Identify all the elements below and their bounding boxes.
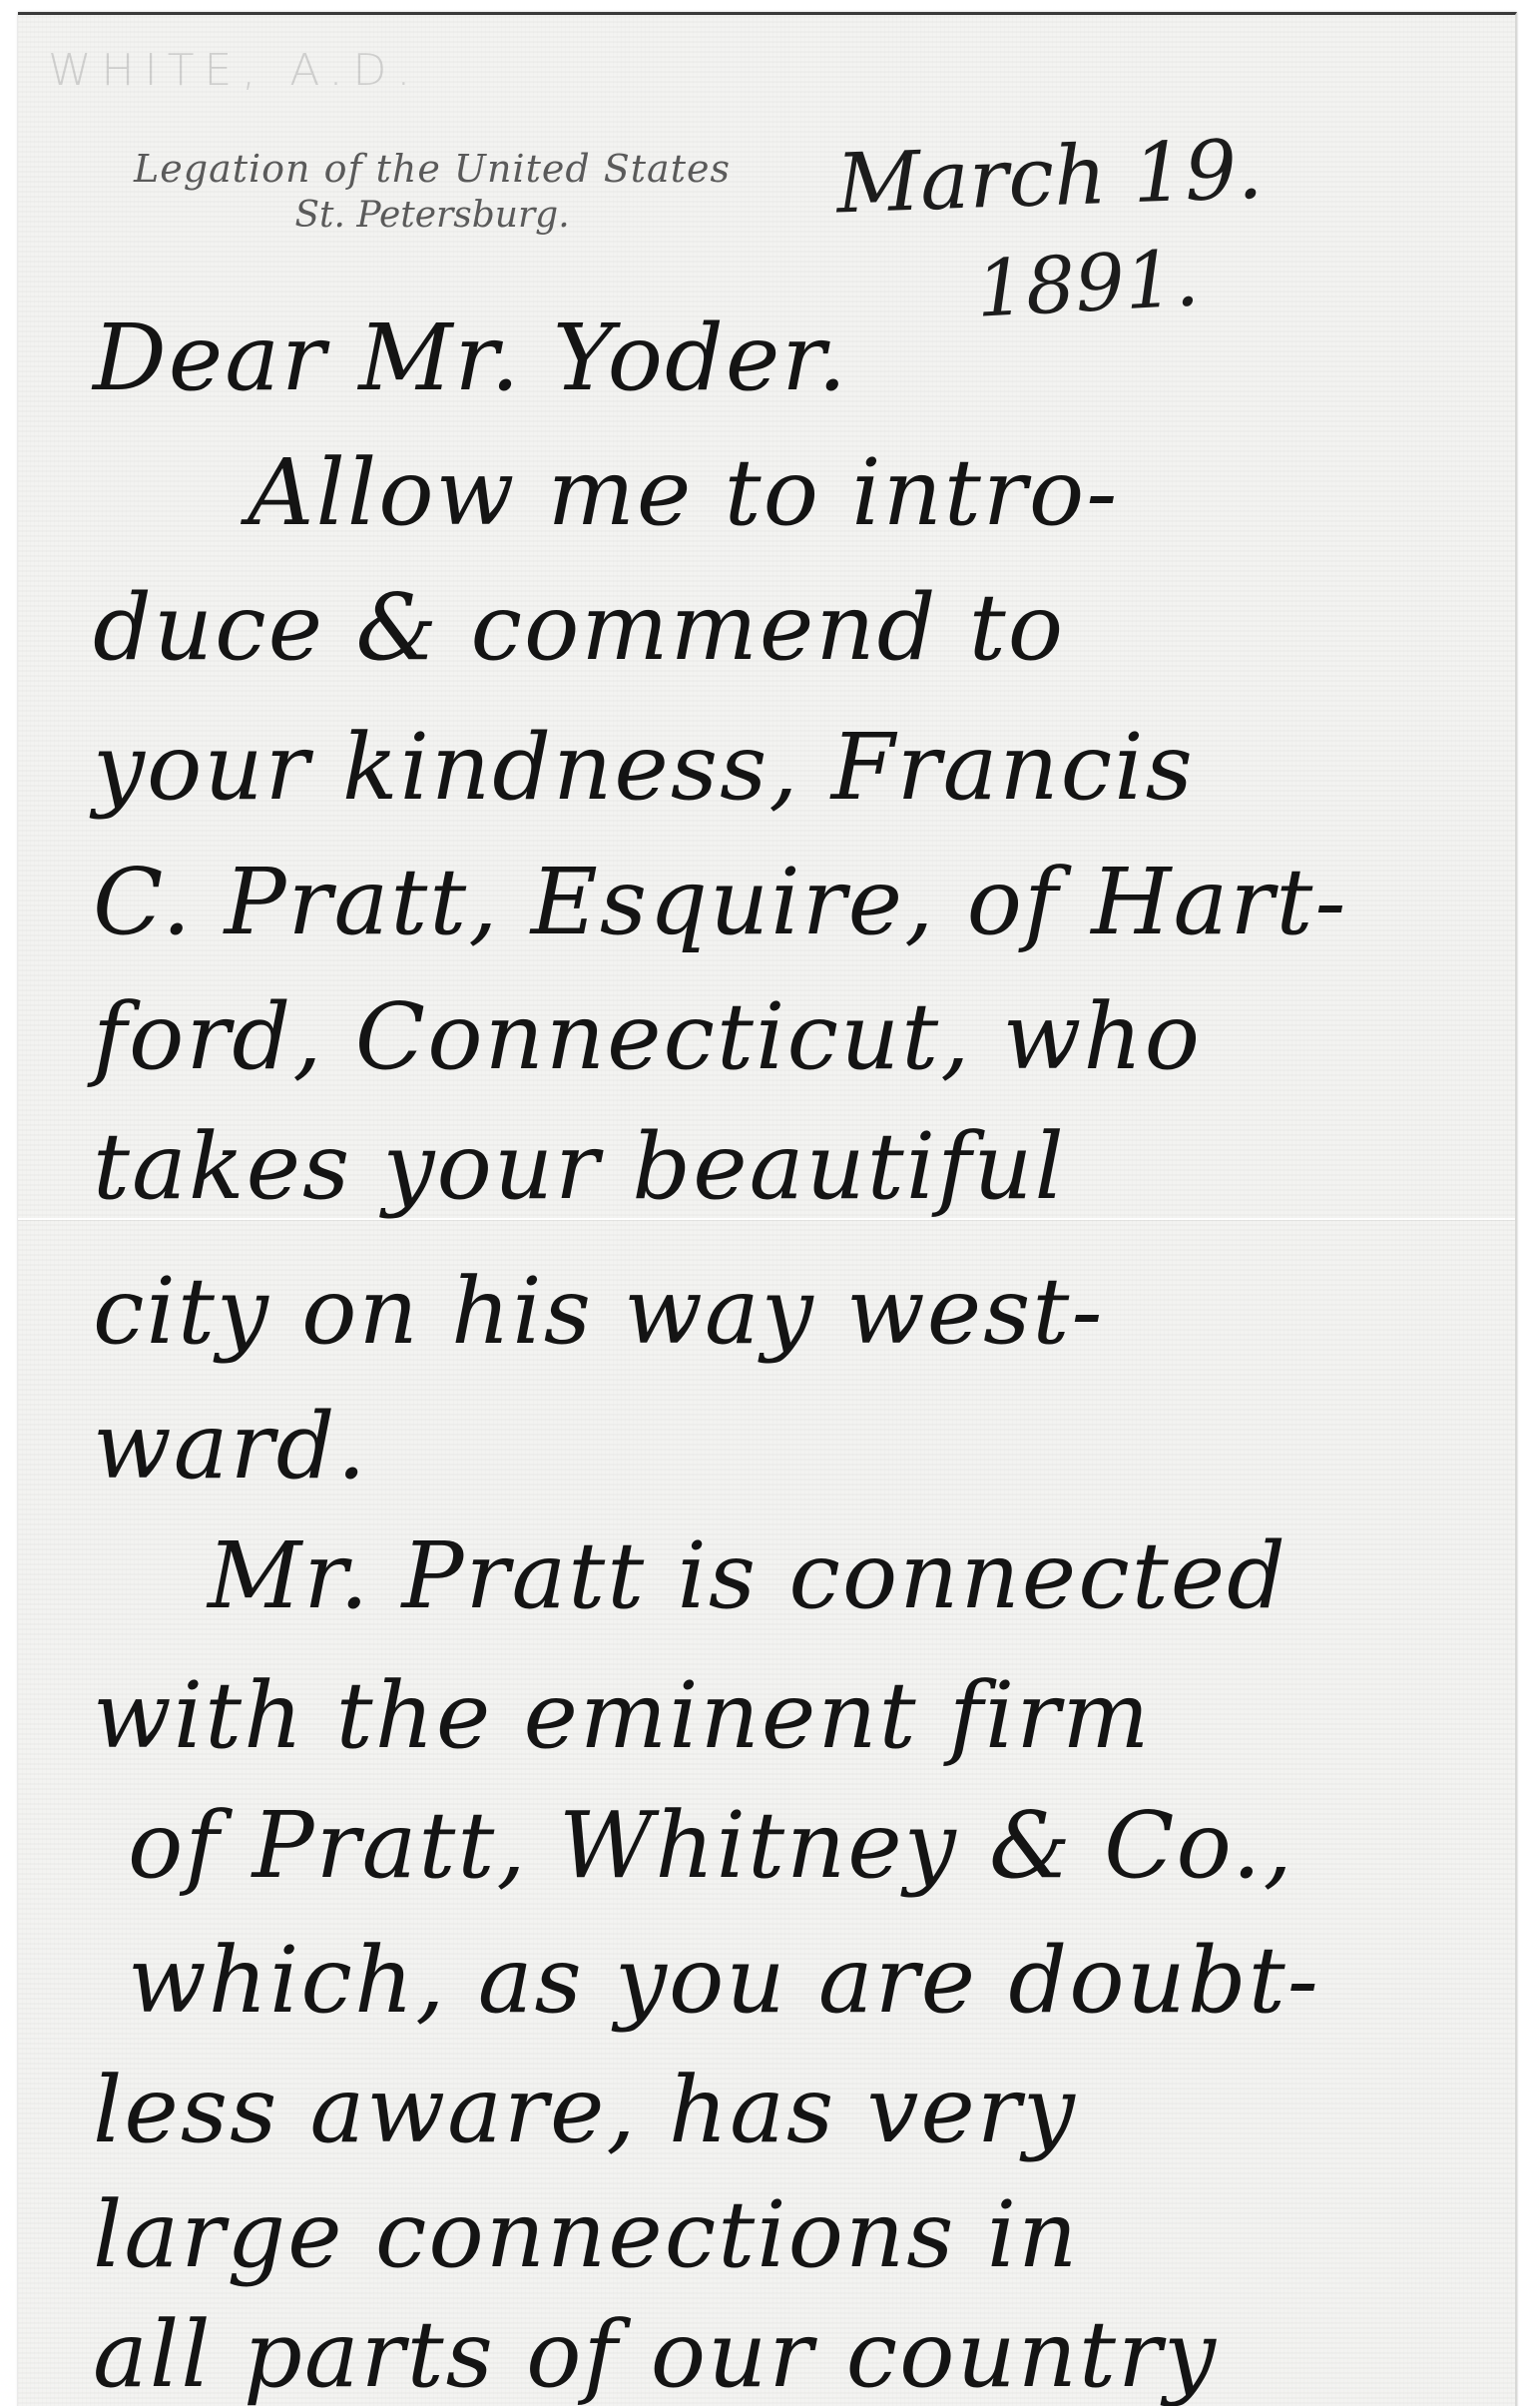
body-line: of Pratt, Whitney & Co., bbox=[128, 1792, 1294, 1899]
letter-body: Dear Mr. Yoder. Allow me to intro- duce … bbox=[18, 15, 1515, 2406]
body-line: duce & commend to bbox=[93, 574, 1065, 681]
body-line: all parts of our country bbox=[93, 2301, 1218, 2406]
letter-page: WHITE, A.D. Legation of the United State… bbox=[18, 12, 1517, 2406]
body-line: large connections in bbox=[93, 2181, 1079, 2288]
body-line: which, as you are doubt- bbox=[128, 1927, 1320, 2034]
body-line: ward. bbox=[93, 1393, 368, 1500]
body-line: Mr. Pratt is connected bbox=[208, 1522, 1287, 1629]
body-line: takes your beautiful bbox=[93, 1113, 1066, 1220]
salutation: Dear Mr. Yoder. bbox=[93, 304, 848, 411]
body-line: city on his way west- bbox=[93, 1258, 1104, 1365]
body-line: with the eminent firm bbox=[93, 1662, 1152, 1769]
body-line: your kindness, Francis bbox=[93, 714, 1195, 821]
body-line: Allow me to intro- bbox=[248, 439, 1119, 546]
body-line: less aware, has very bbox=[93, 2057, 1077, 2163]
body-line: C. Pratt, Esquire, of Hart- bbox=[93, 849, 1347, 955]
body-line: ford, Connecticut, who bbox=[93, 983, 1202, 1090]
